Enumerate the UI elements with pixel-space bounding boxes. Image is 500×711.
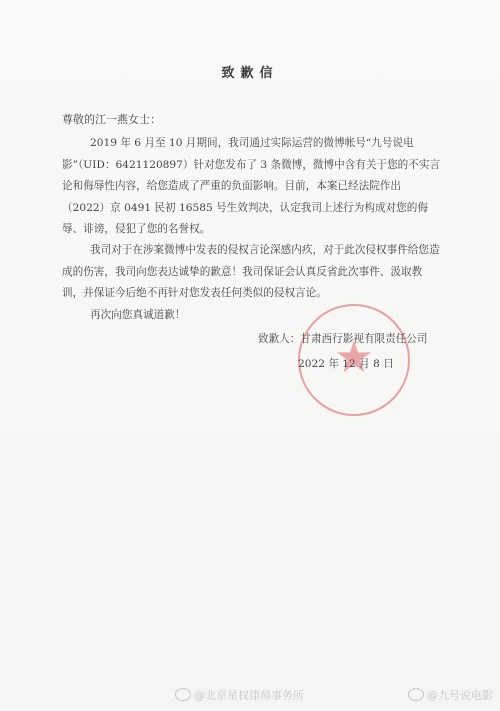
letter-date: 2022 年 12 月 8 日 xyxy=(298,356,394,371)
weibo-icon xyxy=(175,688,191,701)
apology-letter-page: 致歉信 尊敬的江一燕女士： 2019 年 6 月至 10 月期间，我司通过实际运… xyxy=(0,0,500,711)
watermark-account: @九号说电影 xyxy=(408,687,493,703)
paragraph-2: 我司对于在涉案微博中发表的侵权言论深感内疚，对于此次侵权事件给您造成的伤害，我司… xyxy=(62,240,442,305)
weibo-icon xyxy=(408,688,424,701)
salutation: 尊敬的江一燕女士： xyxy=(62,111,161,127)
paragraph-1: 2019 年 6 月至 10 月期间，我司通过实际运营的微博帐号“九号说电影”（… xyxy=(62,133,442,241)
letter-title: 致歉信 xyxy=(0,62,500,81)
signer: 致歉人：甘肃西行影视有限责任公司 xyxy=(258,331,428,346)
watermark-law-firm: @北京星权律师事务所 xyxy=(175,687,304,703)
